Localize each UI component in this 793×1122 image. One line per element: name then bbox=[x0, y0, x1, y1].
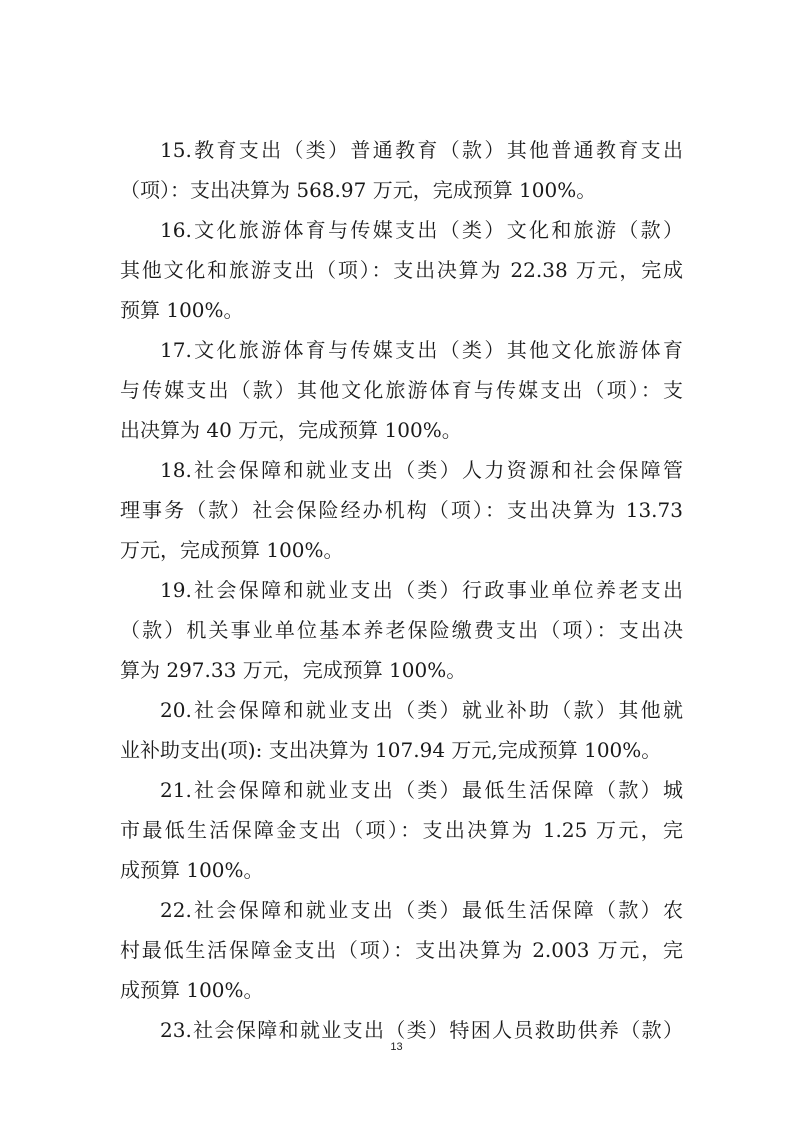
document-page: 15.教育支出（类）普通教育（款）其他普通教育支出 （项）：支出决算为 568.… bbox=[0, 0, 793, 1122]
paragraph-17-line-3: 出决算为 40 万元，完成预算 100%。 bbox=[120, 410, 683, 450]
paragraph-19-line-1: 19.社会保障和就业支出（类）行政事业单位养老支出 bbox=[160, 570, 683, 610]
paragraph-21-line-3: 成预算 100%。 bbox=[120, 850, 683, 890]
paragraph-18-line-1: 18.社会保障和就业支出（类）人力资源和社会保障管 bbox=[160, 450, 683, 490]
paragraph-20-line-1: 20.社会保障和就业支出（类）就业补助（款）其他就 bbox=[160, 690, 683, 730]
paragraph-15-line-2: （项）：支出决算为 568.97 万元，完成预算 100%。 bbox=[120, 170, 683, 210]
paragraph-22-line-1: 22.社会保障和就业支出（类）最低生活保障（款）农 bbox=[160, 890, 683, 930]
paragraph-16-line-3: 预算 100%。 bbox=[120, 290, 683, 330]
paragraph-21-line-2: 市最低生活保障金支出（项）：支出决算为 1.25 万元，完 bbox=[120, 810, 683, 850]
paragraph-18-line-2: 理事务（款）社会保险经办机构（项）：支出决算为 13.73 bbox=[120, 490, 683, 530]
paragraph-18-line-3: 万元，完成预算 100%。 bbox=[120, 530, 683, 570]
paragraph-22-line-3: 成预算 100%。 bbox=[120, 970, 683, 1010]
paragraph-17-line-2: 与传媒支出（款）其他文化旅游体育与传媒支出（项）：支 bbox=[120, 370, 683, 410]
paragraph-19-line-2: （款）机关事业单位基本养老保险缴费支出（项）：支出决 bbox=[120, 610, 683, 650]
paragraph-20-line-2: 业补助支出(项): 支出决算为 107.94 万元,完成预算 100%。 bbox=[120, 730, 683, 770]
page-number: 13 bbox=[0, 1041, 793, 1053]
paragraph-15-line-1: 15.教育支出（类）普通教育（款）其他普通教育支出 bbox=[160, 130, 683, 170]
paragraph-16-line-1: 16.文化旅游体育与传媒支出（类）文化和旅游（款） bbox=[160, 210, 683, 250]
paragraph-17-line-1: 17.文化旅游体育与传媒支出（类）其他文化旅游体育 bbox=[160, 330, 683, 370]
paragraph-21-line-1: 21.社会保障和就业支出（类）最低生活保障（款）城 bbox=[160, 770, 683, 810]
paragraph-22-line-2: 村最低生活保障金支出（项）：支出决算为 2.003 万元，完 bbox=[120, 930, 683, 970]
paragraph-16-line-2: 其他文化和旅游支出（项）：支出决算为 22.38 万元，完成 bbox=[120, 250, 683, 290]
paragraph-19-line-3: 算为 297.33 万元，完成预算 100%。 bbox=[120, 650, 683, 690]
